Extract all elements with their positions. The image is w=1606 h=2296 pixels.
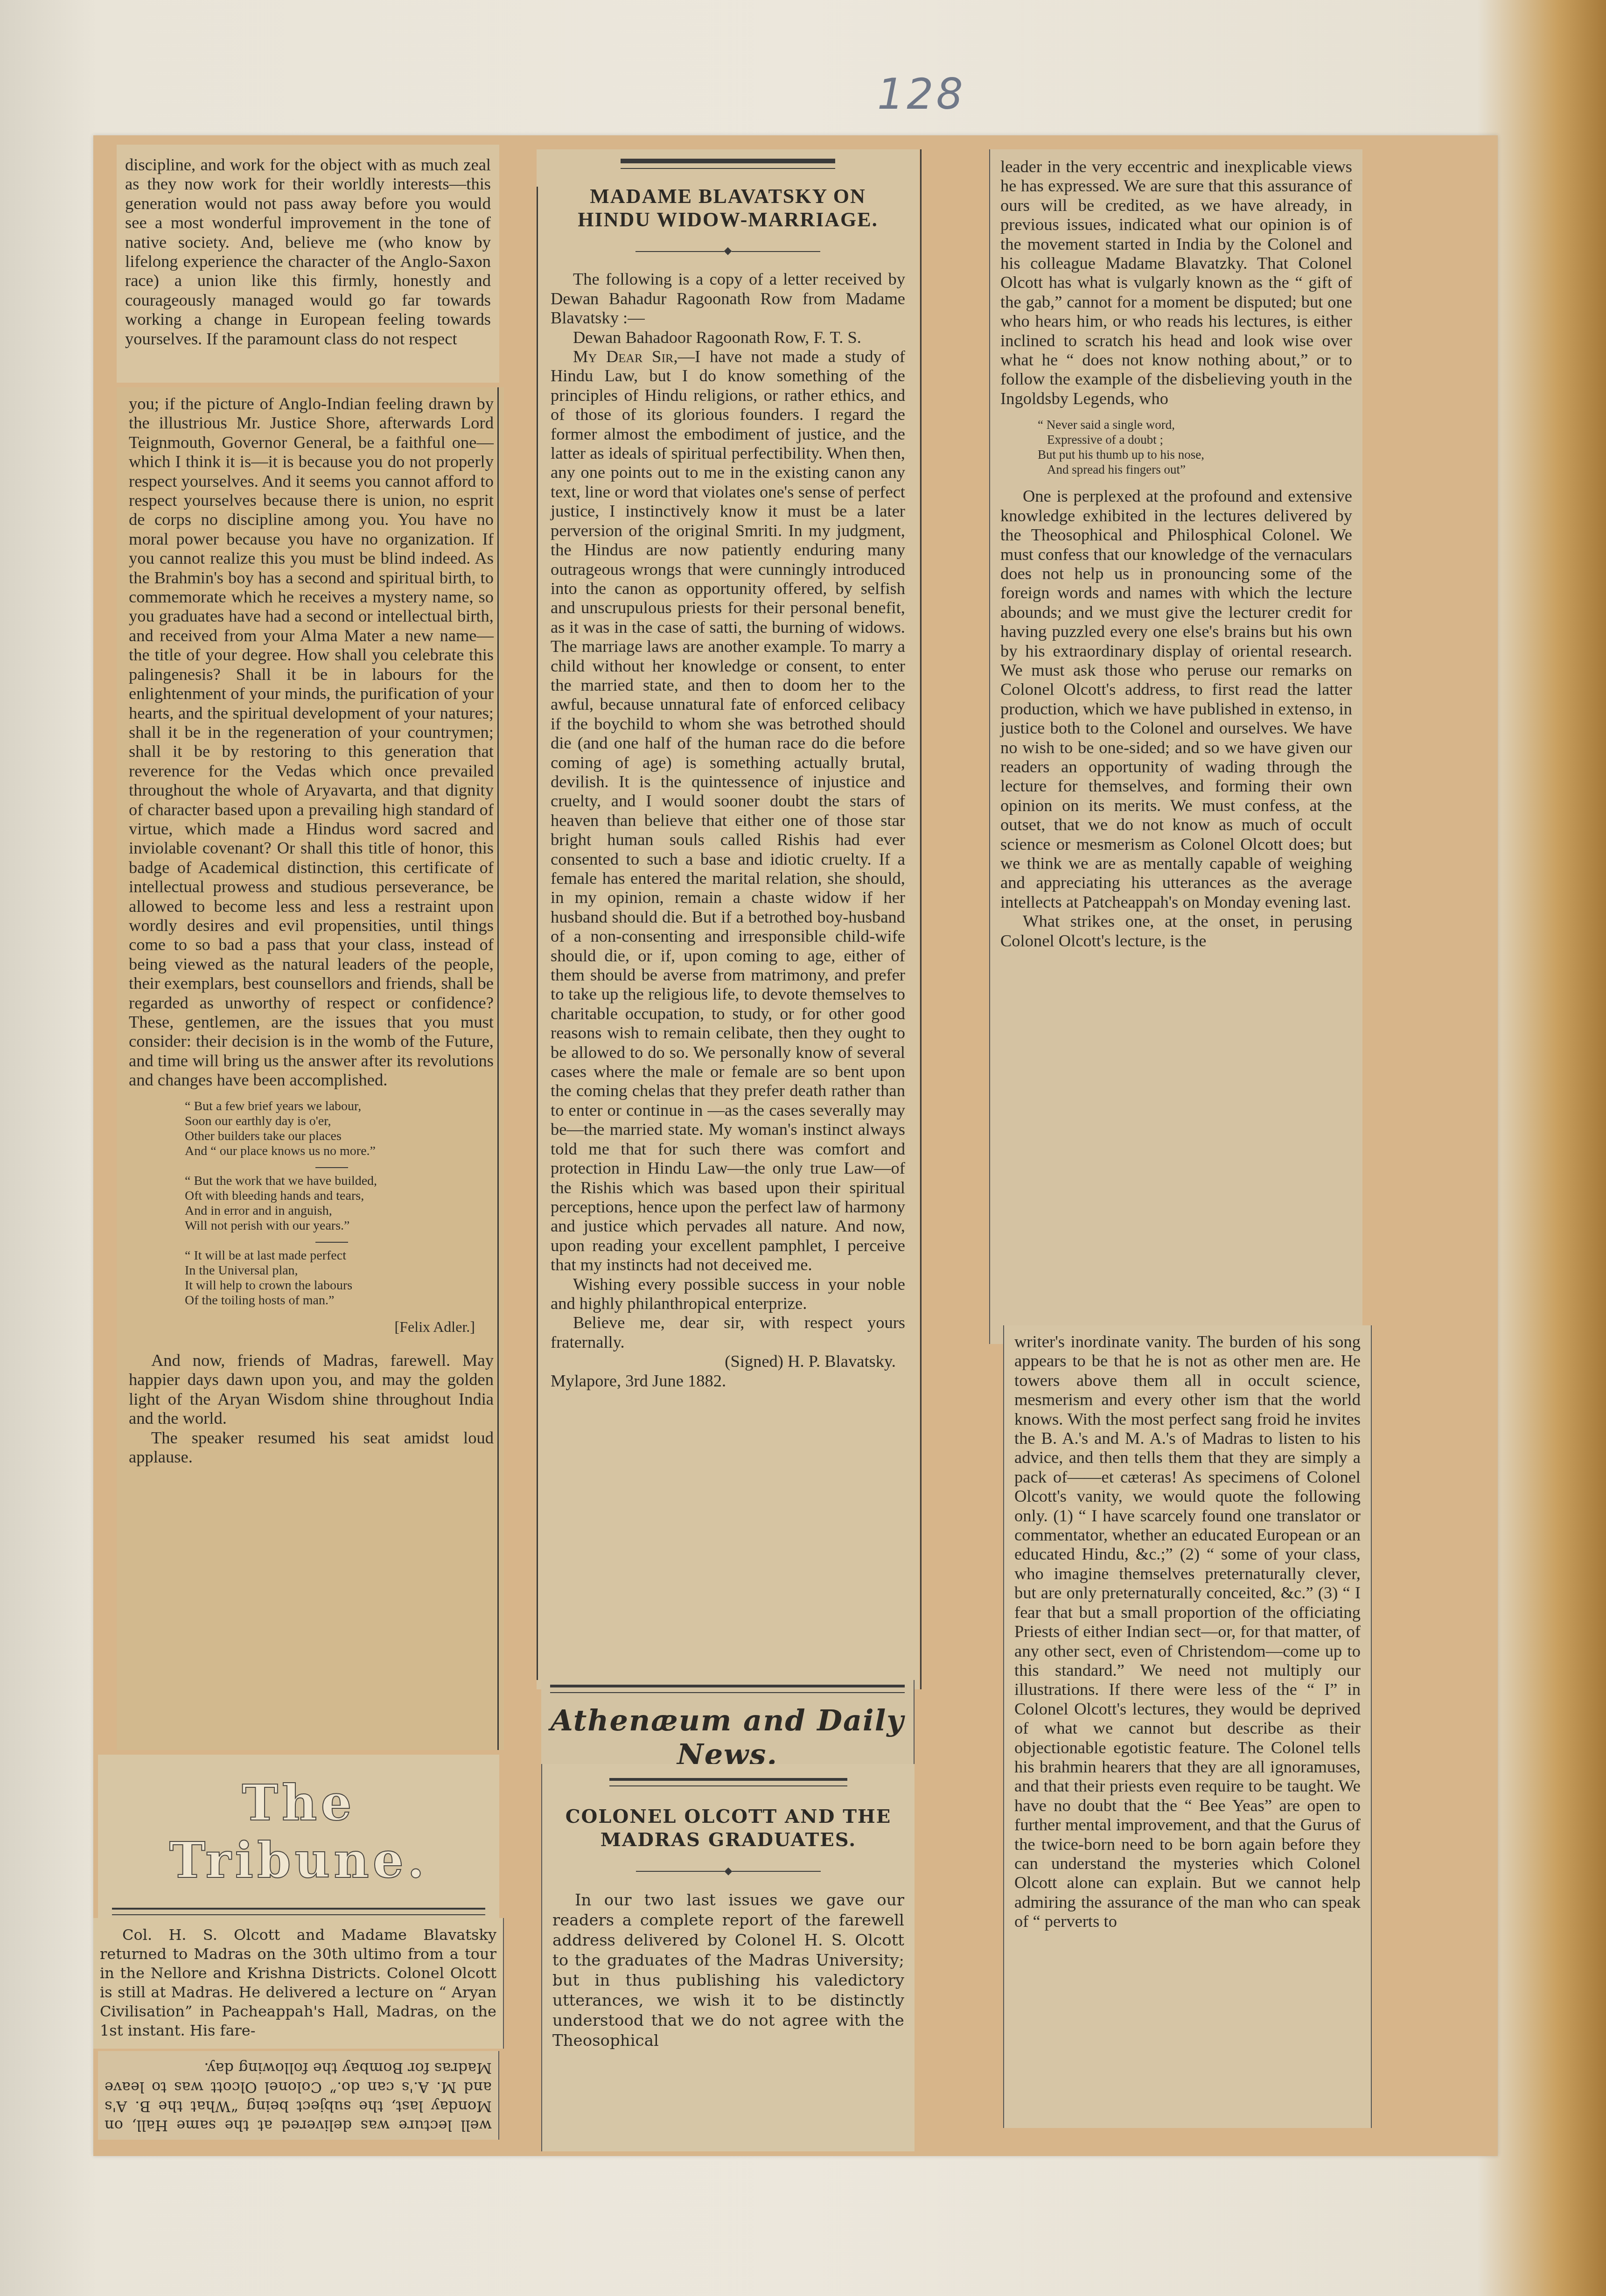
letter-closing-1: Wishing every possible success in your n… bbox=[551, 1274, 905, 1313]
blavatsky-headline: MADAME BLAVATSKY ON HINDU WIDOW-MARRIAGE… bbox=[551, 185, 905, 231]
page-number: 128 bbox=[877, 70, 966, 119]
poem-stanza-1: “ But a few brief years we labour, Soon … bbox=[185, 1099, 494, 1159]
ingoldsby-verse: “ Never said a single word, Expressive o… bbox=[1038, 417, 1352, 477]
graduates-body: In our two last issues we gave our reade… bbox=[552, 1890, 904, 2051]
blavatsky-letter-clipping: MADAME BLAVATSKY ON HINDU WIDOW-MARRIAGE… bbox=[537, 149, 919, 1689]
left-top-text: discipline, and work for the object with… bbox=[125, 155, 491, 348]
tribune-article-body: Col. H. S. Olcott and Madame Blavatsky r… bbox=[100, 1925, 496, 2040]
letter-salutation: My Dear Sir, bbox=[573, 347, 678, 366]
poem-attribution: [Felix Adler.] bbox=[129, 1317, 475, 1337]
middle-right-rule bbox=[920, 149, 922, 1689]
right-middle-text: One is perplexed at the profound and ext… bbox=[1000, 486, 1352, 911]
speech-paragraph-1: you; if the picture of Anglo-Indian feel… bbox=[129, 394, 494, 1090]
graduates-clipping: COLONEL OLCOTT AND THE MADRAS GRADUATES.… bbox=[541, 1764, 915, 2151]
left-main-clipping: you; if the picture of Anglo-Indian feel… bbox=[117, 387, 504, 1750]
right-upper-clipping: leader in the very eccentric and inexpli… bbox=[989, 149, 1362, 1344]
letter-intro: The following is a copy of a letter rece… bbox=[551, 269, 905, 327]
speech-paragraph-2: And now, friends of Madras, farewell. Ma… bbox=[129, 1351, 494, 1428]
letter-signature: (Signed) H. P. Blavatsky. bbox=[551, 1351, 896, 1371]
left-column-rule bbox=[497, 387, 499, 1750]
letter-place-date: Mylapore, 3rd June 1882. bbox=[551, 1371, 905, 1390]
poem: “ But a few brief years we labour, Soon … bbox=[185, 1099, 494, 1308]
poem-divider bbox=[315, 1167, 348, 1168]
headline-top-rule bbox=[621, 159, 835, 166]
tribune-rule bbox=[112, 1908, 485, 1912]
graduates-top-rule bbox=[609, 1778, 847, 1784]
poem-stanza-2: “ But the work that we have builded, Oft… bbox=[185, 1174, 494, 1233]
left-top-clipping: discipline, and work for the object with… bbox=[117, 145, 499, 383]
right-lower-clipping: writer's inordinate vanity. The burden o… bbox=[1003, 1325, 1372, 2128]
poem-divider bbox=[315, 1242, 348, 1243]
speech-paragraph-3: The speaker resumed his seat amidst loud… bbox=[129, 1428, 494, 1467]
tribune-upside-down-clipping: well lecture was delivered at the same H… bbox=[98, 2051, 499, 2140]
tribune-masthead-clipping: The Tribune. SATURDAY, JUNE 17, 1882. bbox=[98, 1755, 499, 1927]
letter-body: My Dear Sir,—I have not made a study of … bbox=[551, 347, 905, 1274]
tribune-article-clipping: Col. H. S. Olcott and Madame Blavatsky r… bbox=[93, 1918, 504, 2049]
athenaeum-masthead: Athenæum and Daily News. bbox=[549, 1703, 906, 1771]
right-lower-text: writer's inordinate vanity. The burden o… bbox=[1014, 1332, 1361, 1931]
graduates-headline: COLONEL OLCOTT AND THE MADRAS GRADUATES. bbox=[552, 1805, 904, 1852]
right-strikes-text: What strikes one, at the onset, in perus… bbox=[1000, 911, 1352, 950]
right-upper-text: leader in the very eccentric and inexpli… bbox=[1000, 157, 1352, 408]
ornament-divider: ◆ bbox=[551, 241, 905, 260]
athenaeum-top-rule bbox=[550, 1685, 905, 1690]
middle-left-rule bbox=[537, 187, 538, 1680]
letter-closing-2: Believe me, dear sir, with respect yours… bbox=[551, 1313, 905, 1351]
letter-addressee: Dewan Bahadoor Ragoonath Row, F. T. S. bbox=[551, 328, 905, 347]
athenaeum-masthead-clipping: Athenæum and Daily News. FRIDAY, JUNE 9,… bbox=[541, 1680, 915, 1778]
tribune-masthead: The Tribune. bbox=[107, 1774, 490, 1889]
poem-stanza-3: “ It will be at last made perfect In the… bbox=[185, 1248, 494, 1308]
ornament-divider: ◆ bbox=[552, 1861, 904, 1881]
tribune-upside-down-text: well lecture was delivered at the same H… bbox=[105, 2058, 492, 2135]
